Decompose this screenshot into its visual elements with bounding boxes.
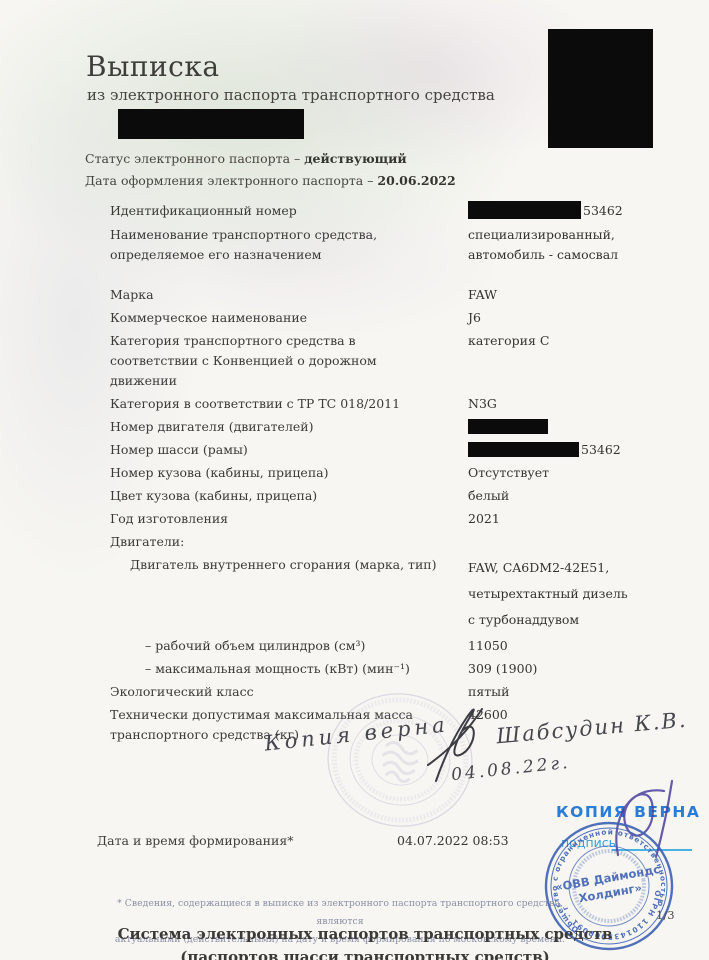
field-value: 309 (1900): [468, 659, 670, 679]
field-value: белый: [468, 486, 670, 506]
field-row: Двигатель внутреннего сгорания (марка, т…: [110, 555, 670, 633]
field-row: Идентификационный номер53462: [110, 201, 670, 222]
footer-system-subname: (паспортов шасси транспортных средств): [0, 948, 709, 960]
field-value: 53462: [468, 201, 670, 222]
field-row: Цвет кузова (кабины, прицепа)белый: [110, 486, 670, 506]
field-value-text: специализированный, автомобиль - самосва…: [468, 227, 618, 262]
field-value-text: категория C: [468, 333, 549, 348]
status-label: Статус электронного паспорта –: [85, 151, 304, 166]
field-row: Номер двигателя (двигателей): [110, 417, 670, 437]
field-row: – максимальная мощность (кВт) (мин⁻¹)309…: [110, 659, 670, 679]
field-label: Год изготовления: [110, 509, 468, 529]
field-value-text: Отсутствует: [468, 465, 549, 480]
field-value-text: J6: [468, 310, 481, 325]
redaction-box-top-right: [548, 29, 653, 148]
field-value-text: 2021: [468, 511, 500, 526]
field-label: Коммерческое наименование: [110, 308, 468, 328]
page-subtitle: из электронного паспорта транспортного с…: [87, 86, 495, 104]
field-label: – максимальная мощность (кВт) (мин⁻¹): [110, 659, 468, 679]
field-label: Категория транспортного средства в соотв…: [110, 331, 468, 391]
field-row: Коммерческое наименованиеJ6: [110, 308, 670, 328]
field-value: категория C: [468, 331, 670, 351]
field-row: Год изготовления2021: [110, 509, 670, 529]
field-row: Двигатели:: [110, 532, 670, 552]
field-value: специализированный, автомобиль - самосва…: [468, 225, 670, 265]
document-page: Выписка из электронного паспорта транспо…: [0, 0, 709, 960]
field-value: FAW: [468, 285, 670, 305]
issue-date-line: Дата оформления электронного паспорта – …: [85, 171, 456, 191]
redaction-box: [468, 419, 548, 434]
redaction-box: [468, 442, 579, 457]
field-row: Категория транспортного средства в соотв…: [110, 331, 670, 391]
field-label: Двигатели:: [110, 532, 468, 552]
formation-date-value: 04.07.2022 08:53: [397, 833, 509, 848]
field-label: – рабочий объем цилиндров (см³): [110, 636, 468, 656]
redaction-box-owner: [118, 109, 304, 139]
field-value: Отсутствует: [468, 463, 670, 483]
issue-date-label: Дата оформления электронного паспорта –: [85, 173, 377, 188]
field-label: Номер шасси (рамы): [110, 440, 468, 460]
page-number: 1/3: [656, 908, 675, 922]
field-value: N3G: [468, 394, 670, 414]
field-value: J6: [468, 308, 670, 328]
field-value-text: 11050: [468, 638, 508, 653]
field-row: – рабочий объем цилиндров (см³)11050: [110, 636, 670, 656]
field-value: 53462: [468, 440, 670, 460]
field-label: Двигатель внутреннего сгорания (марка, т…: [110, 555, 468, 575]
field-label: Идентификационный номер: [110, 201, 468, 221]
field-value-text: N3G: [468, 396, 497, 411]
field-label: Наименование транспортного средства, опр…: [110, 225, 468, 265]
field-label: Номер двигателя (двигателей): [110, 417, 468, 437]
field-value-text: FAW, CA6DM2-42E51, четырехтактный дизель…: [468, 560, 628, 627]
field-value: 11050: [468, 636, 670, 656]
field-row: Категория в соответствии с ТР ТС 018/201…: [110, 394, 670, 414]
field-label: Категория в соответствии с ТР ТС 018/201…: [110, 394, 468, 414]
field-row: Наименование транспортного средства, опр…: [110, 225, 670, 265]
fields-table: Идентификационный номер53462Наименование…: [110, 198, 670, 745]
field-value-text: белый: [468, 488, 509, 503]
page-title: Выписка: [86, 50, 220, 83]
field-label: Номер кузова (кабины, прицепа): [110, 463, 468, 483]
field-value-text: FAW: [468, 287, 497, 302]
status-value: действующий: [304, 151, 406, 166]
issue-date-value: 20.06.2022: [377, 173, 455, 188]
field-label: Марка: [110, 285, 468, 305]
field-value: [468, 417, 670, 437]
stamp-logo-waves: [379, 741, 420, 783]
field-row: Номер шасси (рамы)53462: [110, 440, 670, 460]
formation-date-label: Дата и время формирования*: [97, 833, 293, 848]
field-value-text: 309 (1900): [468, 661, 537, 676]
field-value: FAW, CA6DM2-42E51, четырехтактный дизель…: [468, 555, 670, 633]
status-line: Статус электронного паспорта – действующ…: [85, 149, 407, 169]
field-label: Цвет кузова (кабины, прицепа): [110, 486, 468, 506]
field-row: МаркаFAW: [110, 285, 670, 305]
field-row: Номер кузова (кабины, прицепа)Отсутствуе…: [110, 463, 670, 483]
field-value-text: 53462: [583, 203, 623, 218]
field-value-text: 53462: [581, 442, 621, 457]
redaction-box: [468, 201, 581, 219]
footer-system-name: Система электронных паспортов транспортн…: [0, 925, 709, 943]
field-value: 2021: [468, 509, 670, 529]
